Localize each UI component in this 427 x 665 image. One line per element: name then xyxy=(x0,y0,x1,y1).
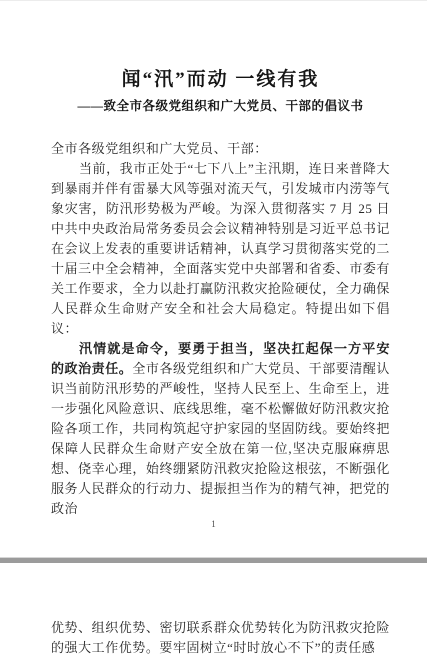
document-subtitle: ——致全市各级党组织和广大党员、干部的倡议书 xyxy=(51,99,390,114)
page-2-body: 优势、组织优势、密切联系群众优势转化为防汛救灾抢险的强大工作优势。要牢固树立“时… xyxy=(51,618,390,658)
paragraph-continuation: 优势、组织优势、密切联系群众优势转化为防汛救灾抢险的强大工作优势。要牢固树立“时… xyxy=(51,618,390,658)
paragraph-2: 汛情就是命令，要勇于担当，坚决扛起保一方平安的政治责任。全市各级党组织和广大党员… xyxy=(51,339,390,519)
page-2: 优势、组织优势、密切联系群众优势转化为防汛救灾抢险的强大工作优势。要牢固树立“时… xyxy=(0,563,427,665)
paragraph-2-body: 全市各级党组织和广大党员、干部要清醒认识当前防汛形势的严峻性，坚持人民至上、生命… xyxy=(51,361,390,516)
document-viewport: 闻“汛”而动 一线有我 ——致全市各级党组织和广大党员、干部的倡议书 全市各级党… xyxy=(0,0,427,665)
salutation-line: 全市各级党组织和广大党员、干部： xyxy=(51,139,390,159)
document-body: 全市各级党组织和广大党员、干部： 当前，我市正处于“七下八上”主汛期，连日来普降… xyxy=(51,139,390,519)
page-1: 闻“汛”而动 一线有我 ——致全市各级党组织和广大党员、干部的倡议书 全市各级党… xyxy=(0,1,427,557)
page-number: 1 xyxy=(0,519,427,529)
document-title: 闻“汛”而动 一线有我 xyxy=(51,68,390,92)
paragraph-1: 当前，我市正处于“七下八上”主汛期，连日来普降大到暴雨并伴有雷暴大风等强对流天气… xyxy=(51,159,390,339)
